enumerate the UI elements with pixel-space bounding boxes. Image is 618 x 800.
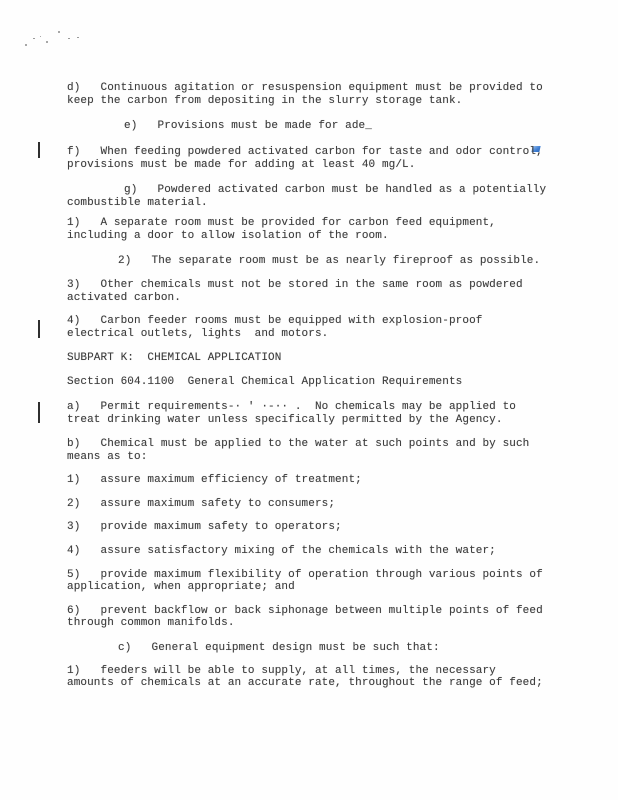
scan-speck [68, 38, 70, 39]
list-item-5-line1: 5) provide maximum flexibility of operat… [67, 570, 543, 581]
scan-speck [46, 41, 48, 43]
item-3-line2: activated carbon. [67, 293, 181, 304]
item-1-line1: 1) A separate room must be provided for … [67, 218, 496, 229]
paragraph-f-line2: provisions must be made for adding at le… [67, 160, 415, 171]
item-2: 2) The separate room must be as nearly f… [118, 256, 540, 267]
paragraph-f-line1: f) When feeding powdered activated carbo… [67, 147, 543, 158]
margin-revision-bar [38, 142, 40, 158]
paragraph-d-line1: d) Continuous agitation or resuspension … [67, 83, 543, 94]
item-4-line2: electrical outlets, lights and motors. [67, 329, 328, 340]
equipment-item-1-line2: amounts of chemicals at an accurate rate… [67, 678, 543, 689]
item-3-line1: 3) Other chemicals must not be stored in… [67, 280, 523, 291]
list-item-1: 1) assure maximum efficiency of treatmen… [67, 475, 362, 486]
paragraph-e: e) Provisions must be made for ade_ [124, 121, 372, 132]
equipment-item-1-line1: 1) feeders will be able to supply, at al… [67, 666, 496, 677]
list-item-4: 4) assure satisfactory mixing of the che… [67, 546, 496, 557]
scan-speck [58, 31, 60, 33]
margin-revision-bar [38, 320, 40, 338]
paragraph-a-line2: treat drinking water unless specifically… [67, 415, 503, 426]
paragraph-a-line1: a) Permit requirements-· ' ·-·· . No che… [67, 402, 516, 413]
scan-speck [25, 44, 27, 46]
paragraph-g-line1: g) Powdered activated carbon must be han… [124, 185, 546, 196]
item-1-line2: including a door to allow isolation of t… [67, 231, 389, 242]
scan-speck [77, 37, 79, 38]
item-4-line1: 4) Carbon feeder rooms must be equipped … [67, 316, 482, 327]
paragraph-g-line2: combustible material. [67, 198, 208, 209]
section-heading: Section 604.1100 General Chemical Applic… [67, 377, 462, 388]
scanned-document-page: d) Continuous agitation or resuspension … [0, 0, 618, 800]
scan-speck [33, 38, 35, 39]
paragraph-c: c) General equipment design must be such… [118, 643, 440, 654]
paragraph-d-line2: keep the carbon from depositing in the s… [67, 96, 462, 107]
list-item-6-line2: through common manifolds. [67, 618, 235, 629]
list-item-5-line2: application, when appropriate; and [67, 582, 295, 593]
paragraph-b-line2: means as to: [67, 452, 147, 463]
list-item-3: 3) provide maximum safety to operators; [67, 522, 342, 533]
paragraph-b-line1: b) Chemical must be applied to the water… [67, 439, 529, 450]
scan-speck [40, 36, 41, 37]
subpart-heading: SUBPART K: CHEMICAL APPLICATION [67, 353, 281, 364]
margin-revision-bar [38, 402, 40, 423]
list-item-2: 2) assure maximum safety to consumers; [67, 499, 335, 510]
list-item-6-line1: 6) prevent backflow or back siphonage be… [67, 606, 543, 617]
